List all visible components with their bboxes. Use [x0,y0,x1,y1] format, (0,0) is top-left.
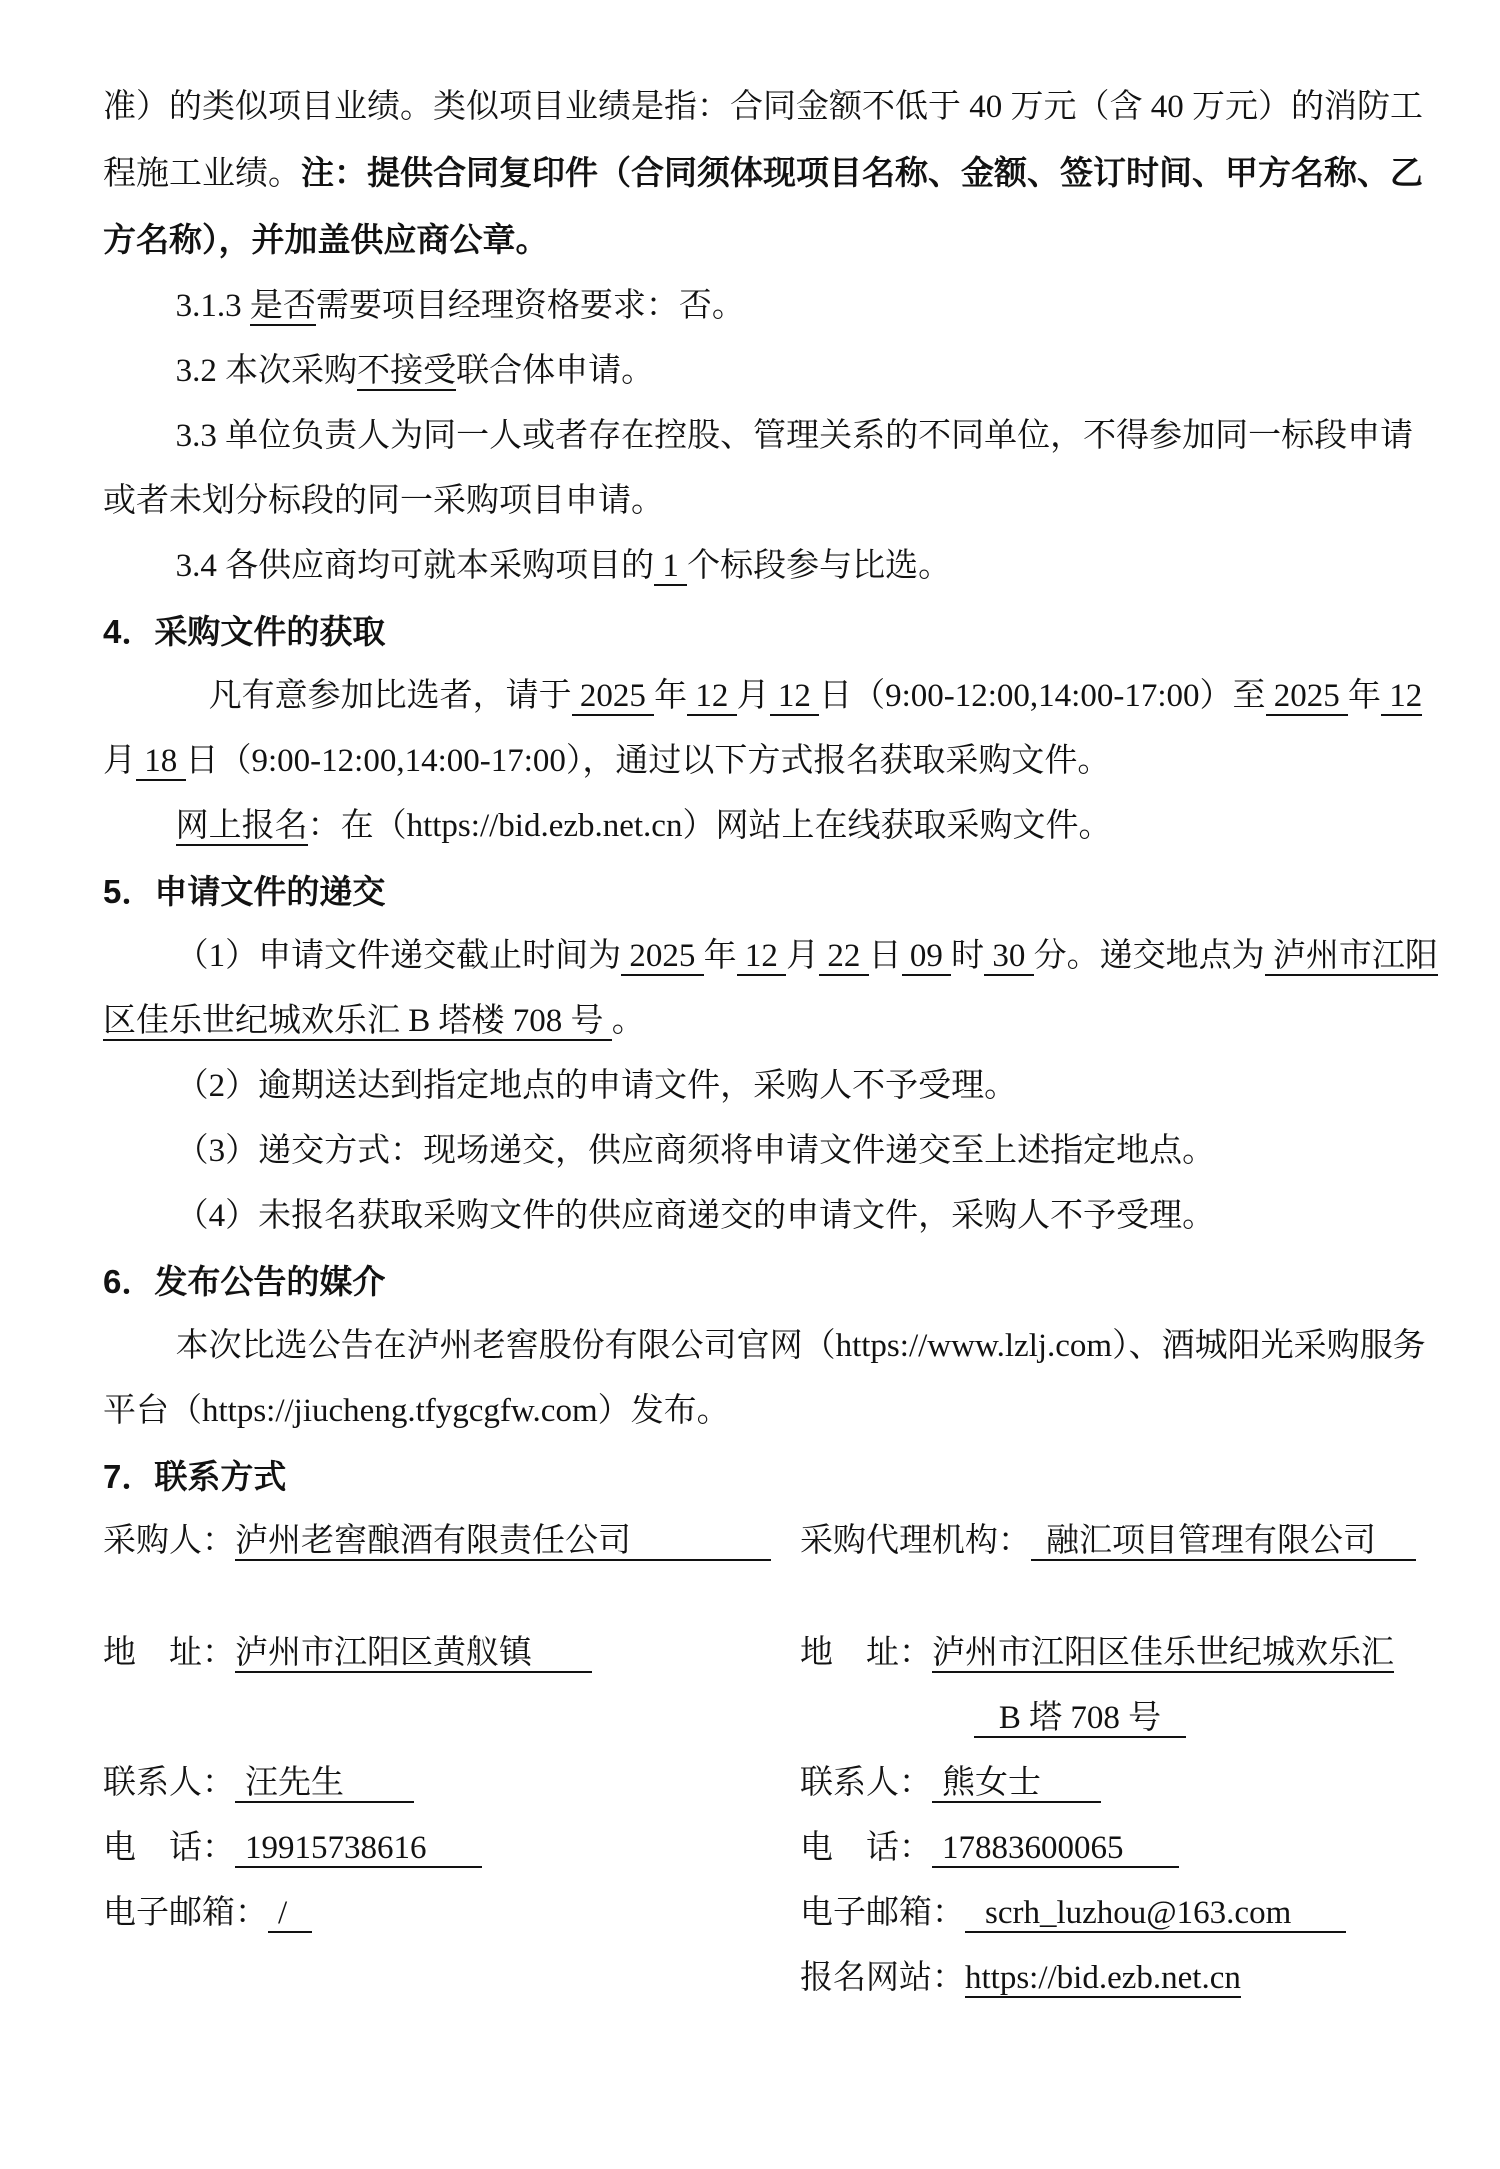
para-obtain-time: 凡有意参加比选者，请于 2025 年 12 月 12 日（9:00-12:00,… [103,664,1438,794]
heading-section-5: 5．申请文件的递交 [103,859,1438,924]
agency-contact-label: 联系人： [800,1765,932,1801]
agency-name: 融汇项目管理有限公司 [1031,1523,1416,1561]
buyer-contact-label: 联系人： [103,1765,235,1801]
agency-phone-label: 电 话： [800,1830,932,1866]
agency-address-line2: B 塔 708 号 [974,1700,1186,1738]
para-qualification: 准）的类似项目业绩。类似项目业绩是指：合同金额不低于 40 万元（含 40 万元… [103,75,1438,274]
signup-site-field: 报名网站：https://bid.ezb.net.cn [800,1946,1438,2011]
buyer-email-label: 电子邮箱： [103,1895,268,1931]
agency-contact-name: 熊女士 [932,1765,1101,1803]
buyer-contact-field: 联系人：汪先生 [103,1751,800,1816]
para-3-2: 3.2 本次采购不接受联合体申请。 [103,339,1438,404]
agency-address-line1: 泸州市江阳区佳乐世纪城欢乐汇 [932,1635,1394,1673]
para-announcement-media: 本次比选公告在泸州老窖股份有限公司官网（https://www.lzlj.com… [103,1314,1438,1444]
buyer-phone-label: 电 话： [103,1830,235,1866]
heading-section-7: 7．联系方式 [103,1444,1438,1509]
contact-row-email: 电子邮箱：/ 电子邮箱：scrh_luzhou@163.com [103,1881,1438,1946]
para-3-1-3: 3.1.3 是否需要项目经理资格要求：否。 [103,274,1438,339]
agency-address-label: 地 址： [800,1635,932,1671]
signup-site-label: 报名网站： [800,1960,965,1996]
buyer-phone-field: 电 话：19915738616 [103,1816,800,1881]
para-3-3: 3.3 单位负责人为同一人或者存在控股、管理关系的不同单位，不得参加同一标段申请… [103,404,1438,534]
buyer-address-label: 地 址： [103,1635,235,1671]
heading-section-6: 6．发布公告的媒介 [103,1249,1438,1314]
agency-phone-field: 电 话：17883600065 [800,1816,1438,1881]
buyer-label: 采购人： [103,1523,235,1559]
contact-row-address: 地 址：泸州市江阳区黄舣镇 地 址：泸州市江阳区佳乐世纪城欢乐汇 B 塔 708… [103,1621,1438,1751]
document-body: 准）的类似项目业绩。类似项目业绩是指：合同金额不低于 40 万元（含 40 万元… [0,0,1500,2011]
buyer-email: / [268,1895,312,1933]
document-page: 准）的类似项目业绩。类似项目业绩是指：合同金额不低于 40 万元（含 40 万元… [0,0,1500,2169]
buyer-name-field: 采购人：泸州老窖酿酒有限责任公司 [103,1509,800,1574]
para-delivery-method: （3）递交方式：现场递交，供应商须将申请文件递交至上述指定地点。 [103,1119,1438,1184]
buyer-address: 泸州市江阳区黄舣镇 [235,1635,592,1673]
buyer-name: 泸州老窖酿酒有限责任公司 [235,1523,771,1561]
note-bold-text: 注：提供合同复印件（合同须体现项目名称、金额、签订时间、甲方名称、乙方名称），并… [103,154,1423,258]
buyer-address-field: 地 址：泸州市江阳区黄舣镇 [103,1621,800,1751]
contact-row-names: 采购人：泸州老窖酿酒有限责任公司 采购代理机构：融汇项目管理有限公司 [103,1509,1438,1574]
contact-row-site: 报名网站：https://bid.ezb.net.cn [103,1946,1438,2011]
agency-contact-field: 联系人：熊女士 [800,1751,1438,1816]
para-late-delivery: （2）逾期送达到指定地点的申请文件，采购人不予受理。 [103,1054,1438,1119]
signup-site-url: https://bid.ezb.net.cn [965,1960,1241,1998]
agency-email-label: 电子邮箱： [800,1895,965,1931]
para-unregistered: （4）未报名获取采购文件的供应商递交的申请文件，采购人不予受理。 [103,1184,1438,1249]
agency-email: scrh_luzhou@163.com [965,1895,1346,1933]
agency-address-field: 地 址：泸州市江阳区佳乐世纪城欢乐汇 B 塔 708 号 [800,1621,1438,1751]
para-deadline: （1）申请文件递交截止时间为 2025 年 12 月 22 日 09 时 30 … [103,924,1438,1054]
buyer-phone: 19915738616 [235,1830,482,1868]
contact-row-person: 联系人：汪先生 联系人：熊女士 [103,1751,1438,1816]
agency-label: 采购代理机构： [800,1523,1031,1559]
buyer-contact-name: 汪先生 [235,1765,414,1803]
agency-email-field: 电子邮箱：scrh_luzhou@163.com [800,1881,1438,1946]
agency-name-field: 采购代理机构：融汇项目管理有限公司 [800,1509,1438,1574]
contact-row-phone: 电 话：19915738616 电 话：17883600065 [103,1816,1438,1881]
buyer-email-field: 电子邮箱：/ [103,1881,800,1946]
para-online-signup: 网上报名：在（https://bid.ezb.net.cn）网站上在线获取采购文… [103,794,1438,859]
para-3-4: 3.4 各供应商均可就本采购项目的 1 个标段参与比选。 [103,534,1438,599]
heading-section-4: 4．采购文件的获取 [103,599,1438,664]
agency-phone: 17883600065 [932,1830,1179,1868]
